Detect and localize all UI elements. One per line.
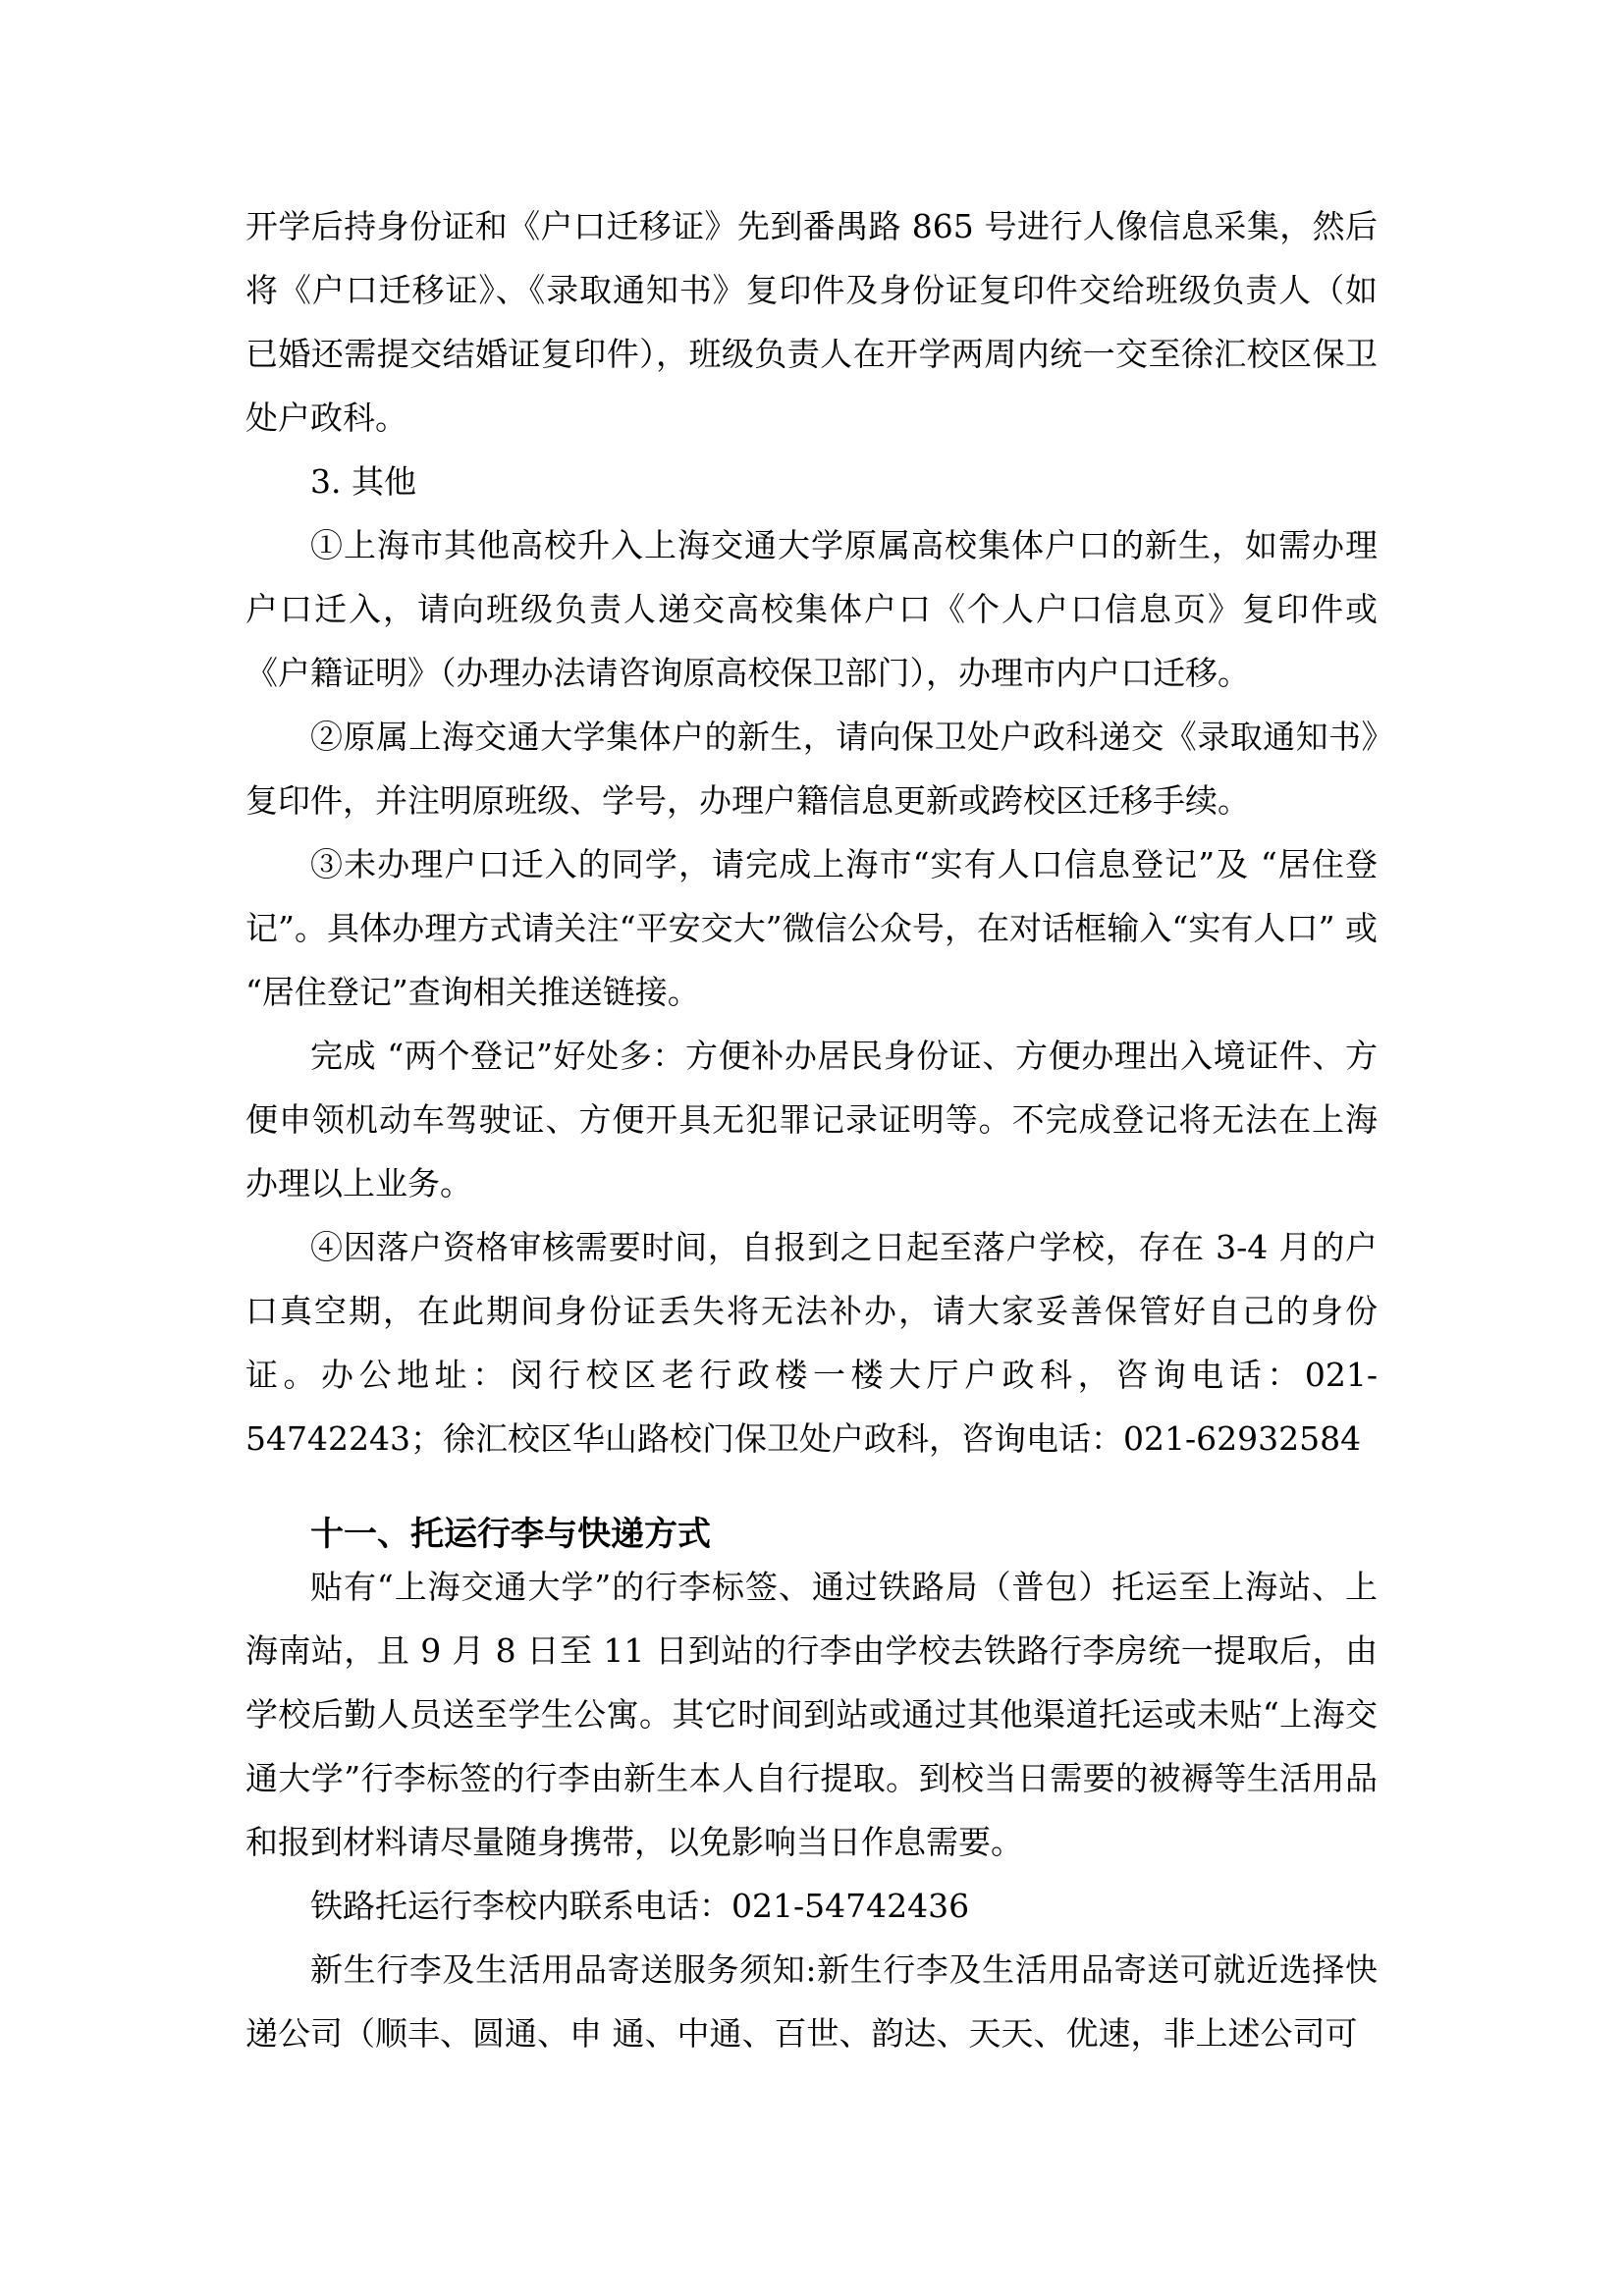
list-heading-3-other: 3. 其他 — [245, 450, 1378, 513]
paragraph-railway-luggage-contact: 铁路托运行李校内联系电话：021-54742436 — [245, 1874, 1378, 1938]
paragraph-luggage-shipping: 贴有“上海交通大学”的行李标签、通过铁路局（普包）托运至上海站、上海南站，且 9… — [245, 1555, 1378, 1874]
item-1-other-shanghai-universities: ①上海市其他高校升入上海交通大学原属高校集体户口的新生，如需办理户口迁入，请向班… — [245, 513, 1378, 705]
item-2-sjtu-collective-household: ②原属上海交通大学集体户的新生，请向保卫处户政科递交《录取通知书》复印件，并注明… — [245, 705, 1378, 832]
item-3-residence-registration: ③未办理户口迁入的同学，请完成上海市“实有人口信息登记”及 “居住登记”。具体办… — [245, 832, 1378, 1024]
paragraph-courier-service-notice: 新生行李及生活用品寄送服务须知:新生行李及生活用品寄送可就近选择快递公司（顺丰、… — [245, 1938, 1378, 2065]
item-4-household-vacuum-period: ④因落户资格审核需要时间，自报到之日起至落户学校，存在 3-4 月的户口真空期，… — [245, 1215, 1378, 1470]
paragraph-household-photo-collection: 开学后持身份证和《户口迁移证》先到番禺路 865 号进行人像信息采集，然后将《户… — [245, 194, 1378, 450]
paragraph-two-registrations-benefits: 完成 “两个登记”好处多：方便补办居民身份证、方便办理出入境证件、方便申领机动车… — [245, 1024, 1378, 1215]
document-page: 开学后持身份证和《户口迁移证》先到番禺路 865 号进行人像信息采集，然后将《户… — [0, 0, 1624, 2296]
document-text-block: 开学后持身份证和《户口迁移证》先到番禺路 865 号进行人像信息采集，然后将《户… — [245, 194, 1378, 2065]
